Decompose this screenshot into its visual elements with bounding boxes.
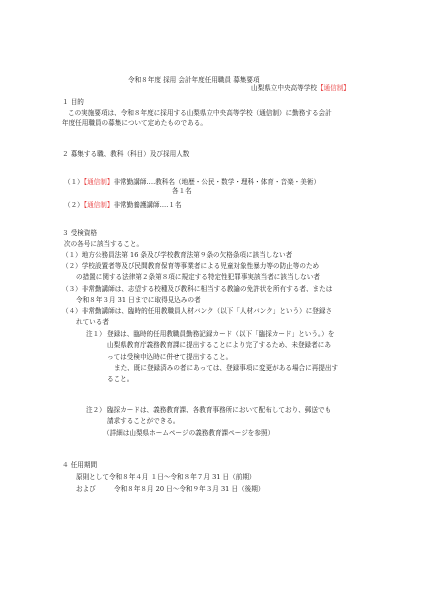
school-name: 山梨県立中央高等学校 (251, 84, 317, 92)
qualification-item-2-line1: （２）学校設置者等及び民間教育保育等事業者による児童対象性暴力等の防止等のため (62, 262, 319, 270)
document-page: 令和８年度 採用 会計年度任用職員 募集要項 山梨県立中央高等学校【通信制】 １… (0, 0, 424, 600)
note-1-line5: ること。 (107, 375, 133, 383)
note-1-line1: 登録は、臨時的任用教職員勤務記録カード（以下「臨採カード」という。）を (107, 330, 334, 338)
position-item-1: （１）【通信制】非常勤講師‥‥教科名（地歴・公民・数学・理科・体育・音楽・美術） (64, 178, 320, 186)
position-item-2: （２）【通信制】非常勤養護講師‥‥１名 (64, 201, 182, 209)
school-name-line: 山梨県立中央高等学校【通信制】 (251, 84, 350, 92)
school-tag: 【通信制】 (317, 84, 350, 92)
section-1-body-line1: この実施要項は、令和８年度に採用する山梨県立中央高等学校（通信制）に勤務する会計 (68, 109, 332, 117)
qualification-item-4-line2: れている者 (76, 318, 109, 326)
position-item-1-count: 各１名 (172, 187, 192, 195)
section-1-heading: １ 目的 (62, 98, 84, 106)
qualification-item-3-line1: （３）非常勤講師は、志望する校種及び教科に相当する教諭の免許状を所有する者、また… (62, 285, 332, 293)
note-2-line1: 臨採カードは、義務教育課、各教育事務所において配布しており、郵送でも (107, 406, 331, 414)
note-2-line3: （詳細は山梨県ホームページの義務教育課ページを参照） (103, 429, 274, 437)
section-4-heading: ４ 任用期間 (62, 461, 97, 469)
note-1-line4: また、既に登録済みの者にあっては、登録事項に変更がある場合に再提出す (114, 364, 338, 372)
document-title: 令和８年度 採用 会計年度任用職員 募集要項 (128, 76, 260, 84)
note-1-line2: 山梨県教育庁義務教育課に提出することにより完了するため、未登録者にあ (107, 341, 331, 349)
term-period-line2-prefix: および (76, 485, 96, 493)
term-period-line2: 令和８年８月 20 日～令和９年３月 31 日（後期） (114, 485, 264, 493)
item-text: 非常勤養護講師‥‥１名 (113, 201, 181, 209)
section-1-body-line2: 年度任用職員の募集について定めたものである。 (62, 119, 207, 127)
note-2-label: 注２） (86, 406, 106, 414)
qualification-item-1: （１）地方公務員法第 16 条及び学校教育法第９条の欠格条項に該当しない者 (62, 251, 292, 259)
qualification-item-3-line2: 令和８年３月 31 日までに取得見込みの者 (76, 296, 201, 304)
item-number: （１） (64, 178, 84, 186)
note-1-line3: っては受検申込時に併せて提出すること。 (107, 353, 232, 361)
section-3-heading: ３ 受検資格 (62, 229, 97, 237)
item-tag: 【通信制】 (84, 201, 114, 209)
qualification-item-4-line1: （４）非常勤講師は、臨時的任用教職員人材バンク（以下「人材バンク」という）に登録… (62, 307, 332, 315)
item-text: 非常勤講師‥‥教科名（地歴・公民・数学・理科・体育・音楽・美術） (113, 178, 320, 186)
item-tag: 【通信制】 (84, 178, 114, 186)
section-3-intro: 次の各号に該当すること。 (64, 240, 143, 248)
term-period-line1: 原則として令和８年４月 １日～令和８年７月 31 日（前期） (76, 473, 256, 481)
qualification-item-2-line2: の措置に関する法律第２条第８項に規定する特定性犯罪事実該当者に該当しない者 (76, 273, 320, 281)
note-1-label: 注１） (86, 330, 106, 338)
note-2-line2: 請求することができる。 (107, 417, 180, 425)
section-2-heading: ２ 募集する職、教科（科目）及び採用人数 (62, 150, 189, 158)
item-number: （２） (64, 201, 84, 209)
